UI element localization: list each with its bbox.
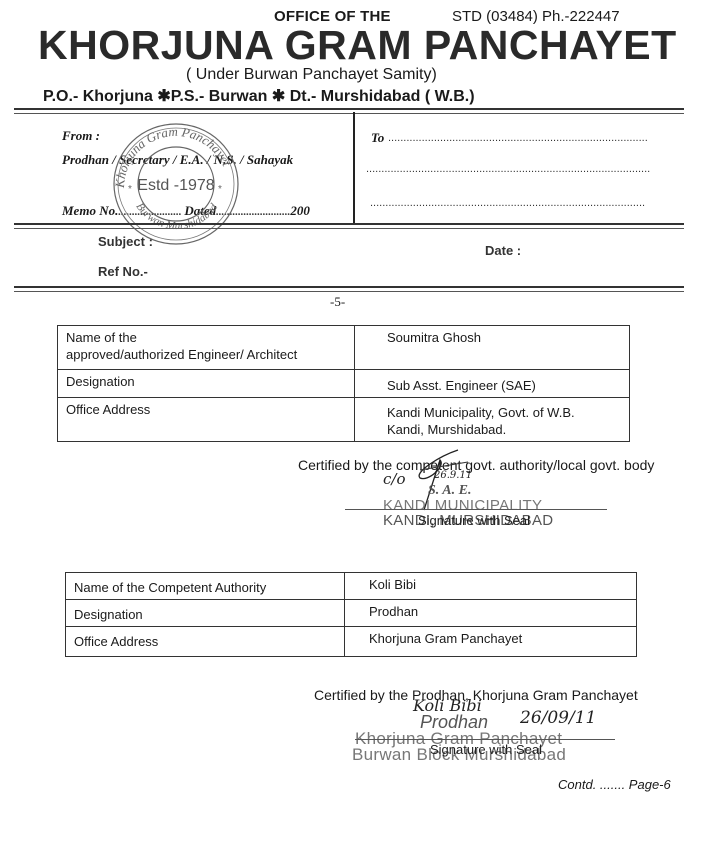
- continued-note: Contd. ....... Page-6: [558, 777, 671, 792]
- engineer-details-table: Name of the approved/authorized Engineer…: [57, 325, 630, 442]
- table-row: Name of the Competent Authority Koli Bib…: [66, 573, 637, 600]
- to-line-3: ........................................…: [370, 197, 646, 209]
- body-divider: [14, 286, 684, 288]
- row-label: Name of the approved/authorized Engineer…: [58, 326, 355, 370]
- row-value: Kandi Municipality, Govt. of W.B. Kandi,…: [355, 398, 630, 442]
- subject-label: Subject :: [98, 234, 153, 249]
- to-label: To: [371, 130, 384, 146]
- authority-details-table: Name of the Competent Authority Koli Bib…: [65, 572, 637, 657]
- svg-text:Estd -1978: Estd -1978: [137, 177, 214, 194]
- signature-line-2: [355, 739, 615, 740]
- signature-label-2: Signature with Seal: [430, 742, 542, 757]
- memo-divider: [14, 223, 684, 225]
- table-row: Office Address Khorjuna Gram Panchayet: [66, 627, 637, 657]
- row-label: Office Address: [66, 627, 345, 657]
- to-line-1: ........................................…: [388, 132, 648, 144]
- postal-address: P.O.- Khorjuna ✱P.S.- Burwan ✱ Dt.- Murs…: [43, 86, 475, 106]
- row-label: Designation: [66, 600, 345, 627]
- row-value: Prodhan: [345, 600, 637, 627]
- table-row: Name of the approved/authorized Engineer…: [58, 326, 630, 370]
- date-label: Date :: [485, 243, 521, 258]
- page-number: -5-: [330, 294, 345, 310]
- row-label: Designation: [58, 370, 355, 398]
- svg-text:*: *: [128, 184, 132, 195]
- table-row: Designation Prodhan: [66, 600, 637, 627]
- under-samity: ( Under Burwan Panchayet Samity): [186, 66, 437, 84]
- memo-vertical-divider: [353, 112, 355, 223]
- table-row: Office Address Kandi Municipality, Govt.…: [58, 398, 630, 442]
- table-row: Designation Sub Asst. Engineer (SAE): [58, 370, 630, 398]
- year-suffix: 200: [290, 203, 310, 218]
- signature-label-1: Signature with Seal: [418, 513, 530, 528]
- row-label: Name of the Competent Authority: [66, 573, 345, 600]
- body-divider-thin: [14, 291, 684, 292]
- row-label: Office Address: [58, 398, 355, 442]
- header-divider-thin: [14, 113, 684, 114]
- from-label: From :: [62, 128, 100, 144]
- header-divider: [14, 108, 684, 110]
- memo-divider-thin: [14, 228, 684, 229]
- handwritten-date-2: 26/09/11: [520, 708, 596, 728]
- row-value: Sub Asst. Engineer (SAE): [355, 370, 630, 398]
- svg-text:*: *: [218, 184, 222, 195]
- signature-line-1: [345, 509, 607, 510]
- row-value: Soumitra Ghosh: [355, 326, 630, 370]
- ref-no-label: Ref No.-: [98, 264, 148, 279]
- row-value: Koli Bibi: [345, 573, 637, 600]
- to-line-2: ........................................…: [366, 163, 650, 175]
- organization-title: KHORJUNA GRAM PANCHAYET: [38, 22, 677, 69]
- certification-1-text: Certified by the competent govt. authori…: [298, 457, 654, 473]
- row-value: Khorjuna Gram Panchayet: [345, 627, 637, 657]
